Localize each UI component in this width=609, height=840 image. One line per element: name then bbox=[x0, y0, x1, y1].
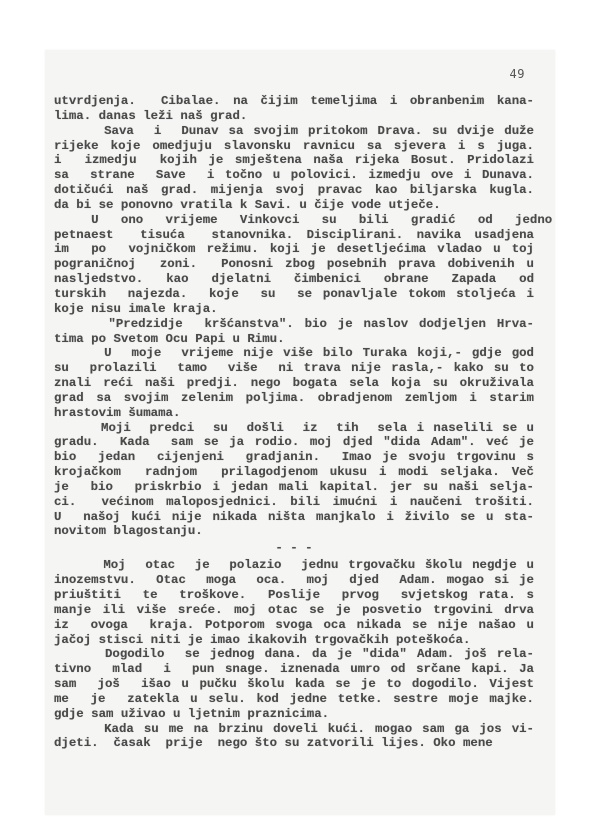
scanned-page: 49 utvrdjenja. Cibalae. na čijim temelji… bbox=[45, 50, 555, 815]
paragraph: Dogodilo se jednog dana. da je "dida" Ad… bbox=[54, 647, 534, 721]
text-line: dotičući naš grad. mijenja svoj pravac k… bbox=[54, 183, 534, 198]
paragraph: Moj otac je polazio jednu trgovačku škol… bbox=[54, 558, 534, 647]
paragraph: utvrdjenja. Cibalae. na čijim temeljima … bbox=[54, 94, 534, 124]
text-line: rijeke koje omedjuju slavonsku ravnicu s… bbox=[54, 139, 534, 154]
text-line: sam još išao u pučku školu kada se je to… bbox=[54, 677, 534, 692]
text-line: priuštiti te troškove. Poslije prvog svj… bbox=[54, 588, 534, 603]
text-line: jačoj stisci niti je imao ikakovih trgov… bbox=[54, 633, 534, 648]
paragraph: Sava i Dunav sa svojim pritokom Drava. s… bbox=[54, 124, 534, 213]
text-line: lima. danas leži naš grad. bbox=[54, 109, 534, 124]
text-line: nasljedstvo. kao djelatni čimbenici obra… bbox=[54, 272, 534, 287]
text-line: krojačkom radnjom prilagodjenom ukusu i … bbox=[54, 465, 534, 480]
section-separator: - - - bbox=[54, 539, 534, 558]
text-line: tivno mlad i pun snage. iznenada umro od… bbox=[54, 662, 534, 677]
text-line: tima po Svetom Ocu Papi u Rimu. bbox=[54, 332, 534, 347]
text-line: im po vojničkom režimu. koji je desetlje… bbox=[54, 242, 534, 257]
paragraph: U moje vrijeme nije više bilo Turaka koj… bbox=[54, 346, 534, 420]
text-line: hrastovim šumama. bbox=[54, 406, 534, 421]
paragraph: "Predzidje kršćanstva". bio je naslov do… bbox=[54, 317, 534, 347]
text-line: inozemstvu. Otac moga oca. moj djed Adam… bbox=[54, 573, 534, 588]
text-line: Dogodilo se jednog dana. da je "dida" Ad… bbox=[54, 647, 534, 662]
text-line: "Predzidje kršćanstva". bio je naslov do… bbox=[54, 317, 534, 332]
text-line: sa strane Save i točno u polovici. izmed… bbox=[54, 168, 534, 183]
text-line: Moj otac je polazio jednu trgovačku škol… bbox=[54, 558, 534, 573]
text-line: bio jedan cijenjeni gradjanin. Imao je s… bbox=[54, 450, 534, 465]
text-line: me je zatekla u selu. kod jedne tetke. s… bbox=[54, 692, 534, 707]
text-line: djeti. časak prije nego što su zatvorili… bbox=[54, 736, 534, 751]
page-number: 49 bbox=[510, 67, 525, 81]
paragraph: Moji predci su došli iz tih sela i nasel… bbox=[54, 421, 534, 540]
text-line: gdje sam uživao u ljetnim praznicima. bbox=[54, 707, 534, 722]
text-line: turskih najezda. koje su se ponavljale t… bbox=[54, 287, 534, 302]
text-line: da bi se ponovno vratila k Savi. u čije … bbox=[54, 198, 534, 213]
page-body-text: utvrdjenja. Cibalae. na čijim temeljima … bbox=[54, 94, 534, 751]
text-line: petnaest tisuća stanovnika. Disciplirani… bbox=[54, 228, 534, 243]
text-line: manje ili više sreće. moj otac se je pos… bbox=[54, 603, 534, 618]
text-line: znali reći naši predji. nego bogata sela… bbox=[54, 376, 534, 391]
text-line: Sava i Dunav sa svojim pritokom Drava. s… bbox=[54, 124, 534, 139]
text-line: U moje vrijeme nije više bilo Turaka koj… bbox=[54, 346, 534, 361]
text-line: grad sa svojim zelenim poljima. obradjen… bbox=[54, 391, 534, 406]
text-line: novitom blagostanju. bbox=[54, 524, 534, 539]
text-line: iz ovoga kraja. Potporom svoga oca nikad… bbox=[54, 618, 534, 633]
text-line: ci. većinom maloposjednici. bili imućni … bbox=[54, 495, 534, 510]
paragraph: U ono vrijeme Vinkovci su bili gradić od… bbox=[54, 213, 534, 317]
text-line: Kada su me na brzinu doveli kući. mogao … bbox=[54, 722, 534, 737]
text-line: i izmedju kojih je smještena naša rijeka… bbox=[54, 153, 534, 168]
text-line: U ono vrijeme Vinkovci su bili gradić od… bbox=[54, 213, 534, 228]
text-line: Moji predci su došli iz tih sela i nasel… bbox=[54, 421, 534, 436]
text-line: koje nisu imale kraja. bbox=[54, 302, 534, 317]
text-line: utvrdjenja. Cibalae. na čijim temeljima … bbox=[54, 94, 534, 109]
text-line: je bio priskrbio i jedan mali kapital. j… bbox=[54, 480, 534, 495]
text-line: su prolazili tamo više ni trava nije ras… bbox=[54, 361, 534, 376]
text-line: U našoj kući nije nikada ništa manjkalo … bbox=[54, 510, 534, 525]
text-line: pograničnoj zoni. Ponosni zbog posebnih … bbox=[54, 257, 534, 272]
text-line: gradu. Kada sam se ja rodio. moj djed "d… bbox=[54, 435, 534, 450]
paragraph: Kada su me na brzinu doveli kući. mogao … bbox=[54, 722, 534, 752]
